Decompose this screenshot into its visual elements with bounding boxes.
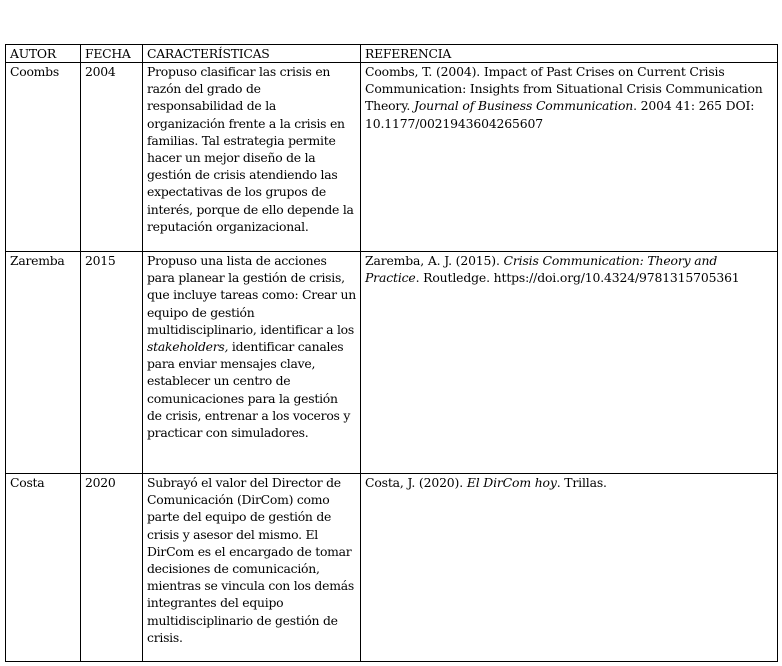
reference-text-tail: . Trillas.	[557, 475, 607, 490]
cell-caracteristicas: Propuso clasificar las crisis en razón d…	[143, 63, 361, 252]
caracteristicas-text: Propuso clasificar las crisis en razón d…	[147, 64, 354, 234]
caracteristicas-text: Propuso una lista de acciones para plane…	[147, 253, 356, 337]
cell-caracteristicas: Subrayó el valor del Director de Comunic…	[143, 474, 361, 662]
table-row: Coombs 2004 Propuso clasificar las crisi…	[6, 63, 778, 252]
cell-referencia: Zaremba, A. J. (2015). Crisis Communicat…	[361, 252, 778, 474]
header-referencia: REFERENCIA	[361, 45, 778, 63]
reference-journal: Journal of Business Communication	[414, 98, 633, 113]
caracteristicas-italic: stakeholders,	[147, 339, 228, 354]
table-header-row: AUTOR FECHA CARACTERÍSTICAS REFERENCIA	[6, 45, 778, 63]
authors-table: AUTOR FECHA CARACTERÍSTICAS REFERENCIA C…	[5, 44, 778, 662]
table-row: Costa 2020 Subrayó el valor del Director…	[6, 474, 778, 662]
cell-fecha: 2015	[81, 252, 143, 474]
caracteristicas-text-tail: identificar canales para enviar mensajes…	[147, 339, 350, 440]
cell-fecha: 2020	[81, 474, 143, 662]
header-autor: AUTOR	[6, 45, 81, 63]
cell-fecha: 2004	[81, 63, 143, 252]
reference-text: Costa, J. (2020).	[365, 475, 467, 490]
cell-caracteristicas: Propuso una lista de acciones para plane…	[143, 252, 361, 474]
reference-text-tail: . Routledge. https://doi.org/10.4324/978…	[416, 270, 740, 285]
table-row: Zaremba 2015 Propuso una lista de accion…	[6, 252, 778, 474]
header-caracteristicas: CARACTERÍSTICAS	[143, 45, 361, 63]
cell-referencia: Costa, J. (2020). El DirCom hoy. Trillas…	[361, 474, 778, 662]
cell-referencia: Coombs, T. (2004). Impact of Past Crises…	[361, 63, 778, 252]
reference-title: El DirCom hoy	[467, 475, 557, 490]
caracteristicas-text: Subrayó el valor del Director de Comunic…	[147, 475, 354, 645]
header-fecha: FECHA	[81, 45, 143, 63]
cell-autor: Zaremba	[6, 252, 81, 474]
cell-autor: Costa	[6, 474, 81, 662]
reference-text: Zaremba, A. J. (2015).	[365, 253, 504, 268]
cell-autor: Coombs	[6, 63, 81, 252]
